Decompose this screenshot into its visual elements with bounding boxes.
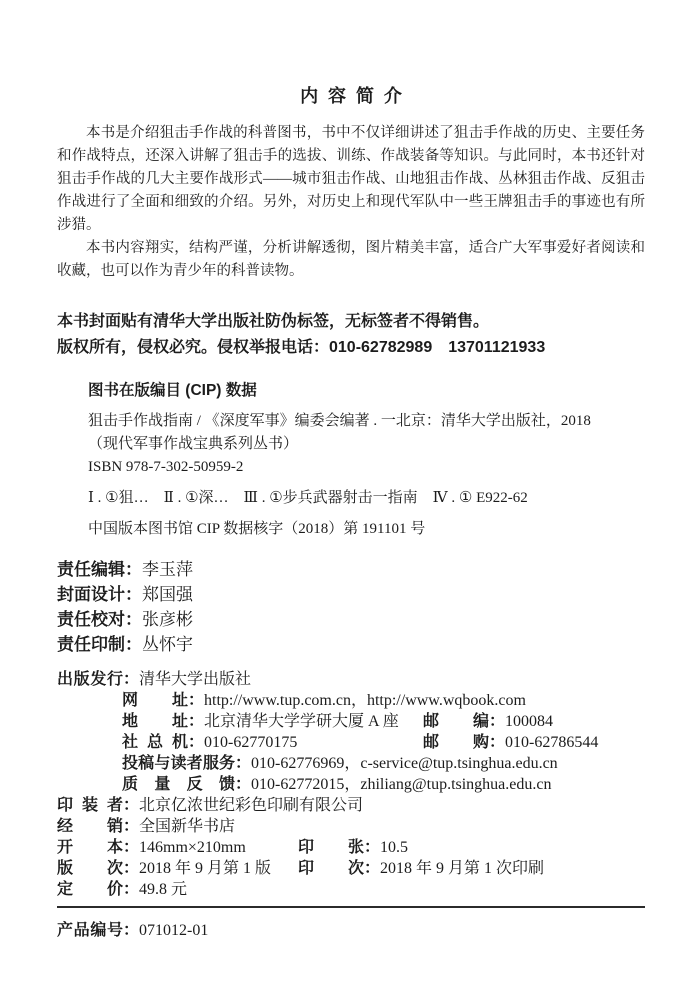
cip-block: 图书在版编目 (CIP) 数据 狙击手作战指南 / 《深度军事》编委会编著 . … <box>88 379 645 541</box>
publisher-label: 出版发行 <box>57 669 123 690</box>
copyright-notice: 版权所有，侵权必究。侵权举报电话：010-62782989 1370112193… <box>57 335 645 361</box>
colon: ： <box>489 713 505 730</box>
print-supervisor-label: 责任印制 <box>57 635 125 654</box>
printer-label: 印装者 <box>57 795 123 816</box>
product-code-row: 产品编号：071012-01 <box>57 920 645 942</box>
switchboard-row: 社总机：010-62770175邮购：010-62786544 <box>57 732 645 753</box>
colon: ： <box>123 818 139 835</box>
colon: ： <box>123 797 139 814</box>
print-supervisor-value: 丛怀宇 <box>142 635 193 654</box>
proofreader-label: 责任校对 <box>57 610 125 629</box>
reader-service-label: 投稿与读者服务 <box>122 753 235 774</box>
address-cell: 地址：北京清华大学学研大厦 A 座 <box>122 711 423 732</box>
proofreader-value: 张彦彬 <box>142 610 193 629</box>
colon: ： <box>125 635 142 654</box>
page-title: 内容简介 <box>57 84 645 108</box>
edition-cell: 版次：2018 年 9 月第 1 版 <box>57 858 298 879</box>
mail-order-label: 邮购 <box>423 732 489 753</box>
price-value: 49.8 元 <box>139 881 187 898</box>
colon: ： <box>188 734 204 751</box>
format-label: 开本 <box>57 837 123 858</box>
editor-value: 李玉萍 <box>142 560 193 579</box>
colon: ： <box>123 881 139 898</box>
anti-piracy-notice: 本书封面贴有清华大学出版社防伪标签，无标签者不得销售。 <box>57 309 645 335</box>
colon: ： <box>489 734 505 751</box>
format-row: 开本：146mm×210mm印张：10.5 <box>57 837 645 858</box>
postcode-label: 邮编 <box>423 711 489 732</box>
legal-notices: 本书封面贴有清华大学出版社防伪标签，无标签者不得销售。 版权所有，侵权必究。侵权… <box>57 309 645 361</box>
printer-row: 印装者：北京亿浓世纪彩色印刷有限公司 <box>57 795 645 816</box>
impression-label: 印次 <box>298 858 364 879</box>
colon: ： <box>123 922 139 939</box>
cover-design-value: 郑国强 <box>142 585 193 604</box>
cover-design-label: 封面设计 <box>57 585 125 604</box>
switchboard-label: 社总机 <box>122 732 188 753</box>
sheets-cell: 印张：10.5 <box>298 839 408 856</box>
address-value: 北京清华大学学研大厦 A 座 <box>204 713 399 730</box>
reader-service-row: 投稿与读者服务：010-62776969，c-service@tup.tsing… <box>57 753 645 774</box>
publisher-row: 出版发行：清华大学出版社 <box>57 669 645 690</box>
product-code-value: 071012-01 <box>139 922 208 939</box>
quality-feedback-value: 010-62772015，zhiliang@tup.tsinghua.edu.c… <box>251 776 551 793</box>
website-label: 网址 <box>122 690 188 711</box>
distributor-value: 全国新华书店 <box>139 818 235 835</box>
editor-label: 责任编辑 <box>57 560 125 579</box>
cip-isbn: ISBN 978-7-302-50959-2 <box>88 456 645 479</box>
distributor-row: 经销：全国新华书店 <box>57 816 645 837</box>
mail-order-cell: 邮购：010-62786544 <box>423 734 598 751</box>
website-value: http://www.tup.com.cn，http://www.wqbook.… <box>204 692 526 709</box>
mail-order-value: 010-62786544 <box>505 734 598 751</box>
divider-line <box>57 906 645 908</box>
colon: ： <box>188 692 204 709</box>
reader-service-value: 010-62776969，c-service@tup.tsinghua.edu.… <box>251 755 558 772</box>
staff-block: 责任编辑：李玉萍 封面设计：郑国强 责任校对：张彦彬 责任印制：丛怀宇 <box>57 557 645 657</box>
cip-series-line: （现代军事作战宝典系列丛书） <box>88 433 645 456</box>
intro-paragraph-2: 本书内容翔实，结构严谨，分析讲解透彻，图片精美丰富，适合广大军事爱好者阅读和收藏… <box>57 237 645 283</box>
cip-header: 图书在版编目 (CIP) 数据 <box>88 379 645 402</box>
sheets-label: 印张 <box>298 837 364 858</box>
printer-value: 北京亿浓世纪彩色印刷有限公司 <box>139 797 363 814</box>
cip-record-number: 中国版本图书馆 CIP 数据核字（2018）第 191101 号 <box>88 518 645 541</box>
colon: ： <box>364 860 380 877</box>
publication-block: 出版发行：清华大学出版社 网址：http://www.tup.com.cn，ht… <box>57 669 645 900</box>
colon: ： <box>125 610 142 629</box>
colon: ： <box>235 755 251 772</box>
format-cell: 开本：146mm×210mm <box>57 837 298 858</box>
address-label: 地址 <box>122 711 188 732</box>
switchboard-cell: 社总机：010-62770175 <box>122 732 423 753</box>
impression-cell: 印次：2018 年 9 月第 1 次印刷 <box>298 860 544 877</box>
colon: ： <box>123 860 139 877</box>
edition-value: 2018 年 9 月第 1 版 <box>139 860 271 877</box>
product-code-label: 产品编号 <box>57 920 123 942</box>
switchboard-value: 010-62770175 <box>204 734 297 751</box>
format-value: 146mm×210mm <box>139 839 246 856</box>
staff-row-cover-design: 封面设计：郑国强 <box>57 582 645 607</box>
address-row: 地址：北京清华大学学研大厦 A 座邮编：100084 <box>57 711 645 732</box>
distributor-label: 经销 <box>57 816 123 837</box>
impression-value: 2018 年 9 月第 1 次印刷 <box>380 860 544 877</box>
colon: ： <box>364 839 380 856</box>
colon: ： <box>123 839 139 856</box>
quality-feedback-label: 质量反馈 <box>122 774 235 795</box>
website-row: 网址：http://www.tup.com.cn，http://www.wqbo… <box>57 690 645 711</box>
colon: ： <box>235 776 251 793</box>
postcode-value: 100084 <box>505 713 553 730</box>
cip-body: 狙击手作战指南 / 《深度军事》编委会编著 . 一北京：清华大学出版社，2018… <box>88 410 645 479</box>
price-label: 定价 <box>57 879 123 900</box>
staff-row-proofreader: 责任校对：张彦彬 <box>57 607 645 632</box>
colon: ： <box>123 671 139 688</box>
cip-classification: Ⅰ . ①狙… Ⅱ . ①深… Ⅲ . ①步兵武器射击一指南 Ⅳ . ① E92… <box>88 487 645 510</box>
copyright-page: 内容简介 本书是介绍狙击手作战的科普图书，书中不仅详细讲述了狙击手作战的历史、主… <box>0 0 695 1000</box>
intro-paragraph-1: 本书是介绍狙击手作战的科普图书，书中不仅详细讲述了狙击手作战的历史、主要任务和作… <box>57 122 645 237</box>
sheets-value: 10.5 <box>380 839 408 856</box>
price-row: 定价：49.8 元 <box>57 879 645 900</box>
quality-feedback-row: 质量反馈：010-62772015，zhiliang@tup.tsinghua.… <box>57 774 645 795</box>
edition-label: 版次 <box>57 858 123 879</box>
colon: ： <box>188 713 204 730</box>
publisher-value: 清华大学出版社 <box>139 671 251 688</box>
staff-row-editor: 责任编辑：李玉萍 <box>57 557 645 582</box>
cip-title-line: 狙击手作战指南 / 《深度军事》编委会编著 . 一北京：清华大学出版社，2018 <box>88 410 645 433</box>
colon: ： <box>125 560 142 579</box>
staff-row-print-supervisor: 责任印制：丛怀宇 <box>57 632 645 657</box>
edition-row: 版次：2018 年 9 月第 1 版印次：2018 年 9 月第 1 次印刷 <box>57 858 645 879</box>
colon: ： <box>125 585 142 604</box>
postcode-cell: 邮编：100084 <box>423 713 553 730</box>
